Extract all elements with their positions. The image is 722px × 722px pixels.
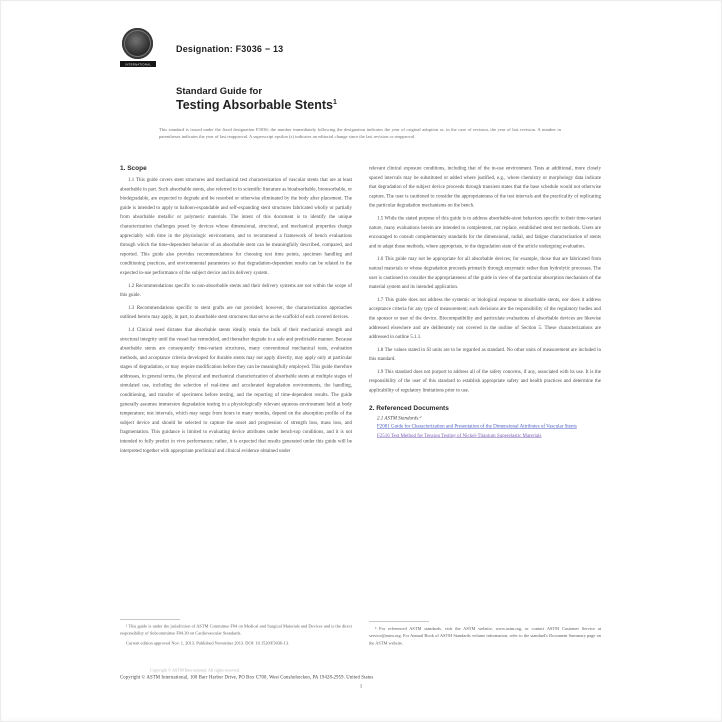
section-2-heading: 2. Referenced Documents [369,404,601,412]
paragraph-1-9: 1.9 This standard does not purport to ad… [369,367,601,395]
footnote-1: ¹ This guide is under the jurisdiction o… [120,622,352,637]
paragraph-1-7: 1.7 This guide does not address the syst… [369,295,601,341]
footnote-rule [120,619,180,620]
document-body: 1. Scope 1.1 This guide covers stent str… [120,164,602,656]
astm-wordmark-banner: INTERNATIONAL [120,61,156,67]
section-1-heading: 1. Scope [120,164,352,172]
title-line-1: Standard Guide for [176,86,337,98]
reference-link-f2516[interactable]: F2516 Test Method for Tension Testing of… [377,432,601,440]
page-number: 1 [120,684,602,690]
document-title: Standard Guide for Testing Absorbable St… [176,86,337,113]
footer-notice: Copyright © ASTM International. All righ… [150,668,430,673]
page-footer: Copyright © ASTM International. All righ… [120,668,602,708]
paragraph-1-1: 1.1 This guide covers stent structures a… [120,176,352,278]
reference-link-f2081[interactable]: F2081 Guide for Characterization and Pre… [377,422,601,430]
right-column: relevant clinical exposure conditions, i… [369,164,601,649]
copyright-line: Copyright © ASTM International, 100 Barr… [120,675,440,680]
astm-document-page: INTERNATIONAL Designation: F3036 − 13 St… [0,0,722,722]
astm-wordmark: INTERNATIONAL [125,62,151,65]
footnote-rule [369,621,429,622]
title-text: Testing Absorbable Stents [176,98,333,112]
paragraph-1-4: 1.4 Clinical need dictates that absorbab… [120,325,352,455]
paragraph-1-5: 1.5 While the stated purpose of this gui… [369,214,601,251]
left-footnotes: ¹ This guide is under the jurisdiction o… [120,619,352,649]
title-line-2: Testing Absorbable Stents1 [176,98,337,113]
paragraph-1-6: 1.6 This guide may not be appropriate fo… [369,255,601,292]
footnote-1b: Current edition approved Nov. 1, 2013. P… [120,639,352,646]
issuance-note-block: This standard is issued under the fixed … [159,126,561,158]
left-column: 1. Scope 1.1 This guide covers stent str… [120,164,352,649]
subsection-2-1: 2.1 ASTM Standards:² [369,415,601,421]
paragraph-1-2: 1.2 Recommendations specific to non-abso… [120,281,352,300]
right-footnotes: ² For referenced ASTM standards, visit t… [369,621,601,649]
issuance-note: This standard is issued under the fixed … [159,126,561,140]
title-footnote-ref: 1 [333,99,337,106]
astm-logo: INTERNATIONAL [120,28,158,67]
designation-heading: Designation: F3036 − 13 [176,44,283,54]
paragraph-1-8: 1.8 The values stated in SI units are to… [369,345,601,364]
footnote-2: ² For referenced ASTM standards, visit t… [369,625,601,647]
paragraph-1-4-continued: relevant clinical exposure conditions, i… [369,164,601,210]
paragraph-1-3: 1.3 Recommendations specific to stent gr… [120,303,352,322]
astm-emblem-icon [122,28,153,59]
